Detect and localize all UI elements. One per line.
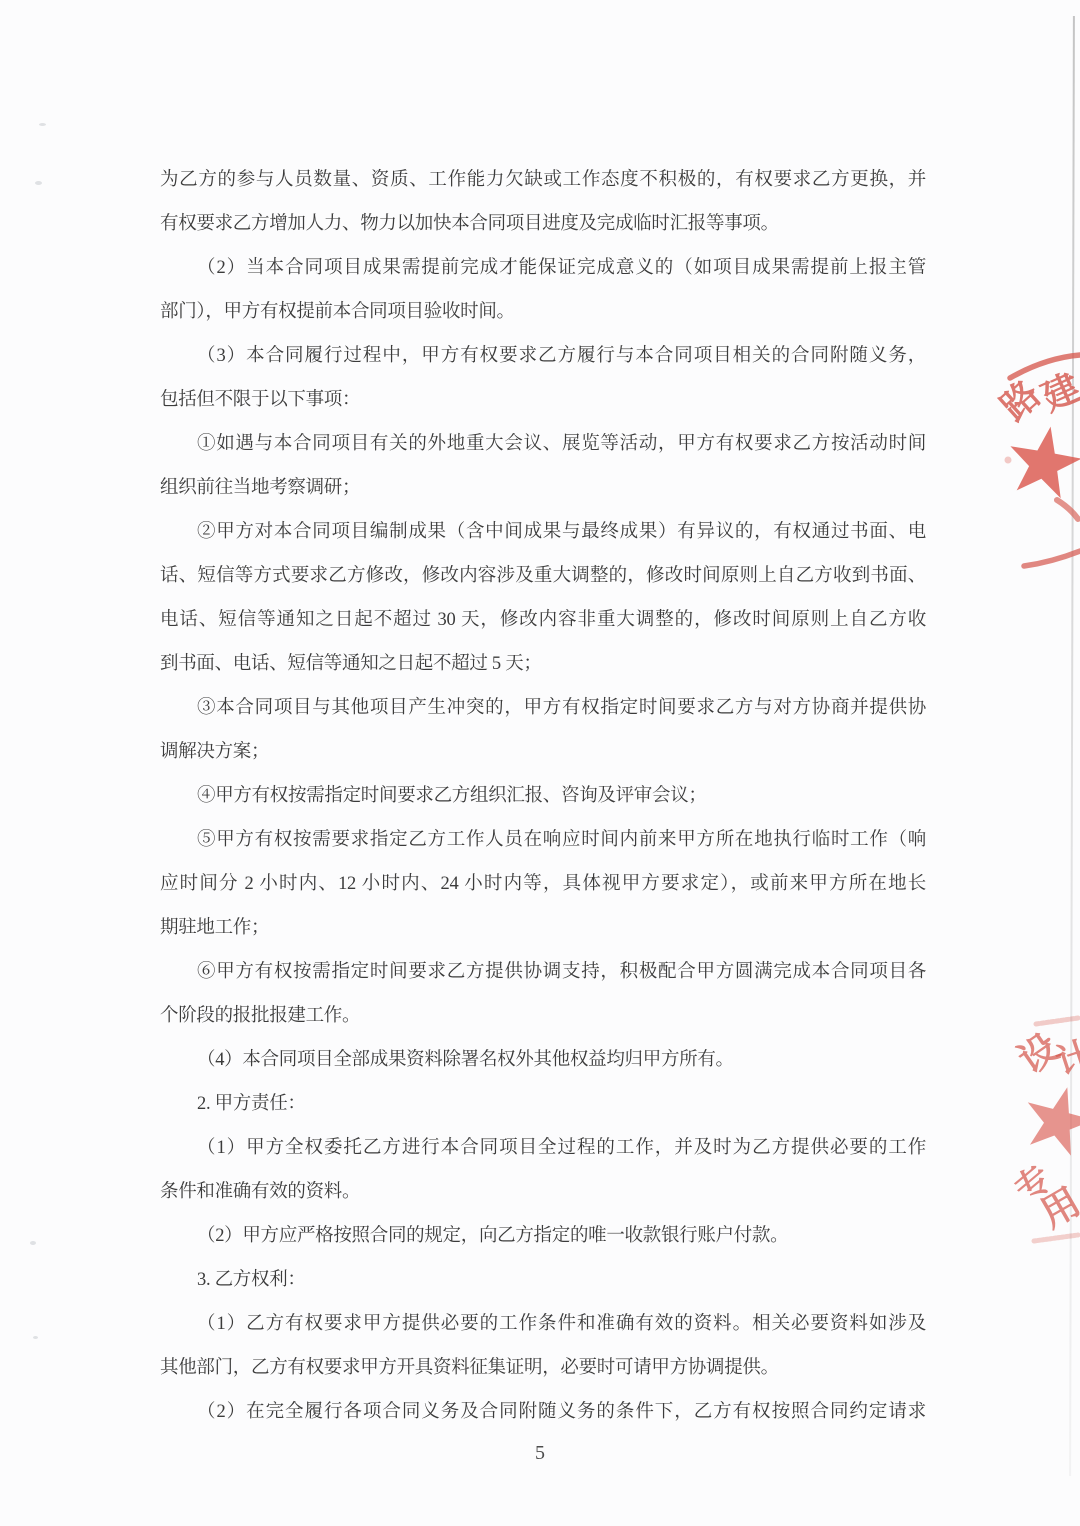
contract-line: 有权要求乙方增加人力、物力以加快本合同项目进度及完成临时汇报等事项。 [160,202,926,246]
contract-line: （1）甲方全权委托乙方进行本合同项目全过程的工作，并及时为乙方提供必要的工作 [160,1126,926,1170]
red-seal-stamp-upper: 路 建 [955,330,1080,580]
contract-line: 为乙方的参与人员数量、资质、工作能力欠缺或工作态度不积极的，有权要求乙方更换，并 [160,158,926,202]
contract-line: 包括但不限于以下事项： [160,378,926,422]
scan-speck [35,181,42,185]
seal-fragment-stroke [1057,500,1078,519]
contract-line: 期驻地工作； [160,906,926,950]
scan-speck [30,1241,36,1245]
contract-line: 应时间分 2 小时内、12 小时内、24 小时内等，具体视甲方要求定），或前来甲… [160,862,926,906]
contract-line: （2）在完全履行各项合同义务及合同附随义务的条件下，乙方有权按照合同约定请求 [160,1390,926,1434]
star-icon [1028,1087,1080,1155]
contract-line: 话、短信等方式要求乙方修改，修改内容涉及重大调整的，修改时间原则上自乙方收到书面… [160,554,926,598]
contract-line: （3）本合同履行过程中，甲方有权要求乙方履行与本合同项目相关的合同附随义务， [160,334,926,378]
scanned-contract-page: 为乙方的参与人员数量、资质、工作能力欠缺或工作态度不积极的，有权要求乙方更换，并… [0,0,1080,1526]
contract-line: （2）当本合同项目成果需提前完成才能保证完成意义的（如项目成果需提前上报主管 [160,246,926,290]
seal-arc-top [1010,355,1080,378]
contract-text-block: 为乙方的参与人员数量、资质、工作能力欠缺或工作态度不积极的，有权要求乙方更换，并… [160,158,926,1434]
contract-line: 电话、短信等通知之日起不超过 30 天，修改内容非重大调整的，修改时间原则上自乙… [160,598,926,642]
seal-ink-dot [1005,457,1012,464]
scan-speck [39,123,46,126]
contract-line: 部门），甲方有权提前本合同项目验收时间。 [160,290,926,334]
contract-line: 其他部门，乙方有权要求甲方开具资料征集证明，必要时可请甲方协调提供。 [160,1346,926,1390]
scan-speck [33,1336,38,1339]
contract-line: 3. 乙方权利： [160,1258,926,1302]
scan-edge-line [1069,16,1075,1476]
contract-line: 到书面、电话、短信等通知之日起不超过 5 天； [160,642,926,686]
contract-line: 个阶段的报批报建工作。 [160,994,926,1038]
contract-line: 条件和准确有效的资料。 [160,1170,926,1214]
contract-line: 调解决方案； [160,730,926,774]
contract-line: ⑤甲方有权按需要求指定乙方工作人员在响应时间内前来甲方所在地执行临时工作（响 [160,818,926,862]
contract-line: ③本合同项目与其他项目产生冲突的，甲方有权指定时间要求乙方与对方协商并提供协 [160,686,926,730]
red-seal-stamp-lower: 设 计 专 用 [1000,1000,1080,1250]
seal-character: 设 [1012,1026,1067,1082]
seal-character: 计 [1051,1034,1080,1083]
contract-line: ②甲方对本合同项目编制成果（含中间成果与最终成果）有异议的，有权通过书面、电 [160,510,926,554]
seal-character: 用 [1034,1181,1080,1236]
contract-line: （2）甲方应严格按照合同的规定，向乙方指定的唯一收款银行账户付款。 [160,1214,926,1258]
seal-character: 路 [993,373,1049,429]
star-icon [1010,427,1080,499]
contract-line: ①如遇与本合同项目有关的外地重大会议、展览等活动，甲方有权要求乙方按活动时间 [160,422,926,466]
contract-line: ④甲方有权按需指定时间要求乙方组织汇报、咨询及评审会议； [160,774,926,818]
contract-line: 组织前往当地考察调研； [160,466,926,510]
contract-line: （4）本合同项目全部成果资料除署名权外其他权益均归甲方所有。 [160,1038,926,1082]
contract-line: 2. 甲方责任： [160,1082,926,1126]
seal-character: 专 [1008,1158,1060,1210]
contract-line: （1）乙方有权要求甲方提供必要的工作条件和准确有效的资料。相关必要资料如涉及 [160,1302,926,1346]
page-number: 5 [0,1442,1080,1465]
contract-line: ⑥甲方有权按需指定时间要求乙方提供协调支持，积极配合甲方圆满完成本合同项目各 [160,950,926,994]
